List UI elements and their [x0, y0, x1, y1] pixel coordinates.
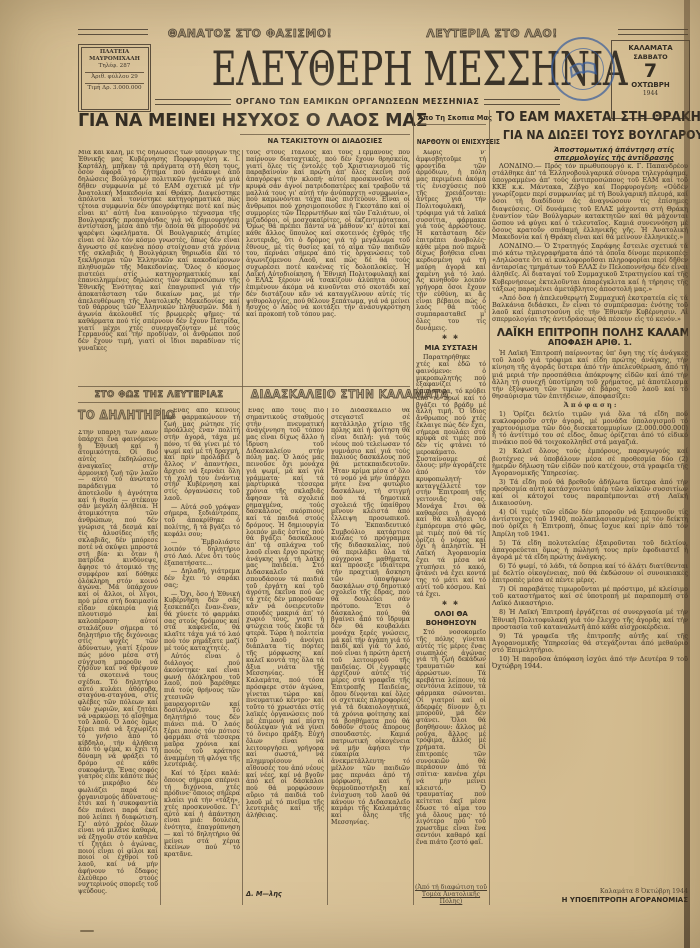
decree-item: 9) Τά γραφεῖα τῆς ἐπιτροπῆς αὐτῆς καί τῆ…: [492, 633, 688, 654]
subtitle-rule-left: [155, 99, 231, 105]
newspaper-page: ΘΑΝΑΤΟΣ ΣΤΟ ΦΑΣΙΣΜΟ! ΛΕΥΤΕΡΙΑ ΣΤΟ ΛΑΟ! Π…: [0, 0, 700, 948]
lead-article-col2: τους στούς Ἰταλούς καί τούς Γερμανούς πο…: [246, 150, 410, 386]
skopia-systasi-body: Παρατηρήθηκε χτές καί ἐδῶ τό φαινόμενο: …: [416, 355, 486, 598]
scan-mark-bottom-left: [80, 930, 94, 932]
slogan-right: ΛΕΥΤΕΡΙΑ ΣΤΟ ΛΑΟ!: [412, 27, 572, 40]
eam-subhead-line1: Ἀποστομωτική ἀπάντηση στίς: [540, 146, 688, 154]
fos-section-label: ΣΤΟ ΦΩΣ ΤΗΣ ΛΕΥΤΕΡΙΑΣ: [78, 390, 240, 400]
decree-item: 5) Τά εἴδη πολυτελείας ἐξαιροῦνται τοῦ δ…: [492, 540, 688, 561]
fos-col2-paragraph: — Ἐμβολιάστε λοιπόν τό δηλητήριο στό Λαό…: [164, 540, 240, 567]
column-rule-2b: [327, 408, 328, 905]
skopia-kicker: Απο Τη Σκοπια Μας: [418, 113, 484, 122]
skopia-voithisoun-head: ΟΛΟΙ ΘΑ ΒΟΗΘΗΣΟΥΝ: [416, 610, 486, 628]
section-divider-stars: ✱ ✱: [416, 600, 486, 608]
eam-subhead: Ἀποστομωτική ἀπάντηση στίς σπερμολογίες …: [540, 146, 688, 162]
slogan-left: ΘΑΝΑΤΟΣ ΣΤΟ ΦΑΣΙΣΜΟ!: [150, 27, 350, 40]
decree-item: 7) Οἱ παραβάτες τιμωροῦνται μέ πρόστιμο,…: [492, 586, 688, 607]
fos-col2-paragraph: — Αὐτά σοῦ γράψαν σήμερα, ξεδιάντροπε, τ…: [164, 505, 240, 539]
info-box: ΠΛΑΤΕΙΑ ΜΑΥΡΟΜΙΧΑΛΗ Τηλέφ. 287 Ἀριθ. φύλ…: [78, 44, 151, 112]
info-issue: Ἀριθ. φύλλου 29: [81, 74, 148, 81]
info-separator: [85, 72, 144, 73]
fos-col2-paragraph: Αὐτός εἶναι ὁ διάλογος πού ἀκούστηκε· κα…: [164, 654, 240, 769]
date-month: ΟΧΤΩΒΡΗ: [612, 81, 689, 89]
decree-intro: Ἡ Λαϊκή Ἐπιτροπή παίρνοντας ὑπ' ὄψη της …: [492, 350, 688, 400]
lead-headline: ΓΙΑ ΝΑ ΜΕΙΝΕΙ ΗΣΥΧΟΣ Ο ΛΑΟΣ ΜΑΣ: [78, 110, 402, 131]
section-divider-stars: ✱ ✱: [416, 334, 486, 342]
fos-col2-paragraph: — Δηλαδή, γιάτρεμα δέν ἔχει τό σαράκι σα…: [164, 569, 240, 589]
eam-headline-2: ΓΙΑ ΝΑ ΔΙΩΞΕΙ ΤΟΥΣ ΒΟΥΛΓΑΡΟΥΣ: [503, 127, 677, 142]
decree-heading: ΛΑΪΚΗ ΕΠΙΤΡΟΠΗ ΠΟΛΗΣ ΚΑΛΑΜΑΤΑΣ: [497, 329, 683, 336]
column-rule-1: [242, 150, 243, 905]
eam-paragraph: «Ἀπό ὅσα ἡ ἀπελευθερωτή Συμμαχική ἐκστρα…: [492, 295, 688, 323]
column-rule-4: [489, 110, 490, 905]
date-box: ΚΑΛΑΜΑΤΑ ΣΑΒΒΑΤΟ 7 ΟΧΤΩΒΡΗ 1944: [611, 40, 690, 119]
skopia-first-head: ΝΑΡΘΟΥΝ ΟΙ ΕΝΙΣΧΥΣΕΙΣ: [417, 138, 485, 146]
decree-signature: Η ΥΠΟΕΠΙΤΡΟΠΗ ΑΓΟΡΑΝΟΜΙΑΣ: [492, 896, 688, 904]
skopia-voithisoun-body: Στό νοσοκομεῖο τῆς πόλης γίνεται αὐτές τ…: [416, 630, 486, 846]
decree-item: 10) Ἡ παροῦσα ἀπόφαση ἰσχύει ἀπό τήν Δευ…: [492, 656, 688, 670]
didaskaleio-headline: ΔΙΔΑΣΚΑΛΕΙΟ ΣΤΗΝ ΚΑΛΑΜΑΤΑ: [251, 387, 406, 401]
decree-label: Ἀ π ό φ α σ η :: [492, 402, 688, 409]
didaskaleio-col1: Ἕνας ἀπό τούς πιό σημαντικούς σταθμούς σ…: [246, 408, 324, 886]
eam-subhead-line2: σπερμολογίες τῆς ἀντίδρασης: [540, 154, 688, 162]
skopia-kicker-rule: [416, 124, 486, 125]
skopia-systasi-head: ΜΙΑ ΣΥΣΤΑΣΗ: [416, 344, 486, 353]
decree-item: 1) Ὁρίζει δελτίο τιμῶν γιά ὅλα τά εἴδη π…: [492, 411, 688, 446]
eam-paragraph: ΛΟΝΔΙΝΟ.— Ὁ Στρατηγός Σαράφης ἔστειλε σχ…: [492, 243, 688, 293]
info-phone: Τηλέφ. 287: [81, 63, 148, 70]
skopia-narthoun-body: Χωρίς ν' ἀμφισβητοῦμε τή φροντίδα τῶν ἁρ…: [416, 150, 486, 332]
fos-headline: ΤΟ ΔΗΛΗΤΗΡΙΟ: [78, 407, 149, 422]
eam-article: ΛΟΝΔΙΝΟ.— Πρός τόν πρωθυπουργό κ. Γ. Παπ…: [492, 163, 688, 885]
info-price: Τιμή Δρ. 3.000.000: [81, 85, 148, 92]
didaskaleio-col2: Τό Διδασκαλεῖο θά στεγαστεῖ σέ κατάλληλο…: [331, 408, 410, 905]
masthead-title: ΕΛΕΥΘΕΡΗ ΜΕΣΣΗΝΙΑ: [212, 45, 504, 95]
date-city: ΚΑΛΑΜΑΤΑ: [612, 44, 689, 52]
scan-edge-right: [684, 0, 690, 948]
didaskaleio-signature: Δ. Μ—λης: [246, 890, 324, 898]
eam-headline-1: ΤΟ ΕΑΜ ΜΑΧΕΤΑΙ ΣΤΗ ΘΡΑΚΗ: [496, 110, 684, 125]
eam-paragraph: ΛΟΝΔΙΝΟ.— Πρός τόν πρωθυπουργό κ. Γ. Παπ…: [492, 163, 688, 241]
date-year: 1944: [612, 90, 689, 97]
decree-item: 6) Τό ψωμί, τό λάδι, τά ὄσπρια καί τό ἁλ…: [492, 563, 688, 584]
lead-article-col1: Μιά καί καλή, μέ τίς δηλώσεις τῶν ὑπουργ…: [78, 150, 240, 386]
decree-subheading: ΑΠΟΦΑΣΗ ΑΡΙΘ. 1.: [492, 339, 688, 346]
corner-rule-left: [78, 29, 148, 35]
fos-col2-paragraph: — Ὄχι, ὅσο ἡ Ἐθνική Κυβέρνηση δέν σᾶς ξε…: [164, 592, 240, 653]
decree-item: 2) Καλεῖ ὅλους τούς ἐμπόρους, παραγωγούς…: [492, 448, 688, 476]
masthead-subtitle-row: ΟΡΓΑΝΟ ΤΩΝ ΕΑΜΙΚΩΝ ΟΡΓΑΝΩΣΕΩΝ ΜΕΣΣΗΝΙΑΣ: [155, 97, 560, 106]
info-address-2: ΜΑΥΡΟΜΙΧΑΛΗ: [81, 56, 148, 63]
corner-rule-right: [618, 29, 688, 35]
fos-col2: Ἕνας ἀπό κείνους πού φαρμακώνουν τή ζωή …: [164, 408, 240, 905]
info-separator-2: [85, 83, 144, 84]
library-stamp-icon: [547, 33, 619, 105]
decree-item: 3) Τά εἴδη πού θά βρεθοῦν ἀδήλωτα ὕστερα…: [492, 479, 688, 507]
column-rule-3: [413, 110, 414, 905]
decree-item: 8) Ἡ Λαϊκή Ἐπιτροπή ἐργάζεται σέ συνεργα…: [492, 609, 688, 630]
lead-kicker-rule: [240, 134, 410, 135]
fos-col2-paragraph: Καί τό ξέρει καλά: ὅποιος σήμερα σπέρνει…: [164, 771, 240, 859]
decree-item: 4) Οἱ τιμές τῶν εἰδῶν δέν μποροῦν νά ξεπ…: [492, 509, 688, 537]
fos-col2-paragraph: Ἕνας ἀπό κείνους πού φαρμακώνουν τή ζωή …: [164, 408, 240, 503]
masthead-subtitle: ΟΡΓΑΝΟ ΤΩΝ ΕΑΜΙΚΩΝ ΟΡΓΑΝΩΣΕΩΝ ΜΕΣΣΗΝΙΑΣ: [236, 97, 480, 106]
skopia-attribution: (Ἀπό τή διαφώτιση τοῦ Τομέα Ἀνατολικῆς Π…: [414, 884, 488, 905]
subtitle-rule-right: [484, 99, 560, 105]
date-number: 7: [612, 61, 689, 81]
section-band-rule-bottom: [78, 402, 240, 403]
lead-kicker: ΝΑ ΤΣΑΚΙΣΤΟΥΝ ΟΙ ΔΙΑΔΟΣΙΕΣ: [240, 137, 410, 145]
decree-date: Καλαμάτα 8 Ὀκτώβρη 1944: [492, 888, 688, 895]
info-address-1: ΠΛΑΤΕΙΑ: [81, 49, 148, 56]
column-rule-1b: [160, 408, 161, 905]
skopia-column: Χωρίς ν' ἀμφισβητοῦμε τή φροντίδα τῶν ἁρ…: [416, 150, 486, 880]
fos-col1: Στήν ὕπαρξη τῶν λαῶν ὑπάρχει ἕνα φαινόμε…: [78, 430, 158, 904]
